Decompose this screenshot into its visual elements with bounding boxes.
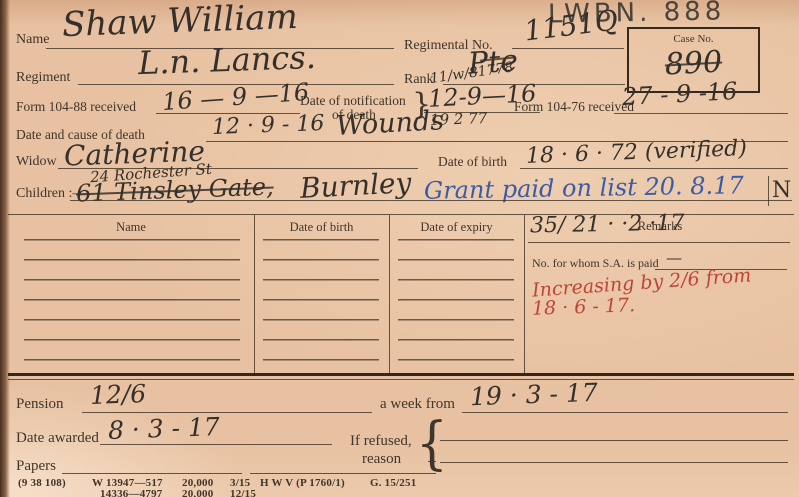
if-refused-brace: { (416, 414, 448, 472)
footer-print-run-2: 14336—4797 (100, 488, 163, 497)
if-refused-label-line1: If refused, (350, 433, 412, 450)
pension-amount-value: 12/6 (90, 381, 147, 408)
table-col-dob-lines (263, 239, 379, 361)
date-of-birth-rule (520, 168, 788, 169)
regiment-label: Regiment (16, 70, 70, 86)
sa-paid-value: — (666, 250, 682, 266)
footer-printer: H W V (P 1760/1) (260, 477, 345, 489)
table-header-name: Name (8, 220, 254, 235)
children-town-value: Burnley (299, 169, 412, 203)
footer-date-2: 12/15 (230, 488, 256, 497)
date-of-birth-label: Date of birth (438, 154, 507, 170)
table-vline-3 (524, 215, 525, 375)
footer-code: (9 38 108) (18, 477, 66, 489)
widow-label: Widow (16, 154, 57, 170)
pension-rule (82, 412, 372, 413)
pension-start-value: 19 · 3 - 17 (470, 380, 599, 409)
increase-note-line2: 18 · 6 - 17. (532, 296, 636, 319)
date-awarded-rule (100, 444, 332, 445)
sa-paid-label: No. for whom S.A. is paid (532, 256, 659, 271)
table-col-expiry-lines (398, 239, 514, 361)
form-104-88-value: 16 — 9 —16 (161, 80, 310, 114)
if-refused-label-line2: reason (362, 451, 401, 468)
death-cause-value: Wounds (335, 107, 444, 140)
pension-record-card: LWBN. 888 Name Shaw William Regimental N… (0, 0, 799, 497)
date-awarded-label: Date awarded (16, 430, 99, 447)
grant-paid-note: Grant paid on list 20. 8.17 (424, 173, 744, 203)
refused-rule-2 (440, 462, 788, 463)
form-104-76-value: 27 - 9 -16 (621, 79, 738, 109)
refused-dash (428, 461, 436, 462)
table-header-expiry: Date of expiry (389, 220, 524, 235)
name-value: Shaw William (61, 0, 298, 42)
case-no-label: Case No. (629, 33, 758, 45)
margin-mark: N (772, 180, 791, 202)
form-104-76-rule (614, 113, 788, 114)
footer-ref: G. 15/251 (370, 477, 416, 489)
children-rule (70, 200, 792, 201)
regimental-no-value: 1151Q (523, 6, 620, 45)
case-no-value: 890 (628, 46, 758, 83)
regimental-no-rule (512, 48, 624, 49)
week-from-rule (462, 412, 788, 413)
date-awarded-value: 8 · 3 - 17 (108, 414, 221, 443)
card-left-edge (0, 0, 10, 497)
form-104-88-label: Form 104-88 received (16, 99, 136, 115)
table-col-name-lines (24, 239, 240, 361)
papers-label: Papers (16, 458, 56, 475)
name-label: Name (16, 32, 49, 48)
table-header-dob: Date of birth (254, 220, 389, 235)
papers-rule-2 (250, 473, 436, 474)
remarks-handwritten-note: 35/ 21 · ·2 ·17 (530, 213, 685, 238)
remarks-rule (528, 242, 790, 243)
margin-mark-line (768, 176, 769, 206)
death-date-value: 12 · 9 - 16 (212, 113, 325, 139)
pension-label: Pension (16, 396, 64, 413)
increase-note-line1: Increasing by 2/6 from (532, 266, 752, 300)
regiment-value: L.n. Lancs. (137, 41, 316, 79)
table-vline-2 (389, 215, 390, 375)
date-of-birth-value: 18 · 6 · 72 (verified) (526, 138, 748, 168)
papers-rule-1 (62, 473, 242, 474)
refused-rule-1 (440, 440, 788, 441)
table-vline-1 (254, 215, 255, 375)
footer-qty-2: 20,000 (182, 488, 213, 497)
